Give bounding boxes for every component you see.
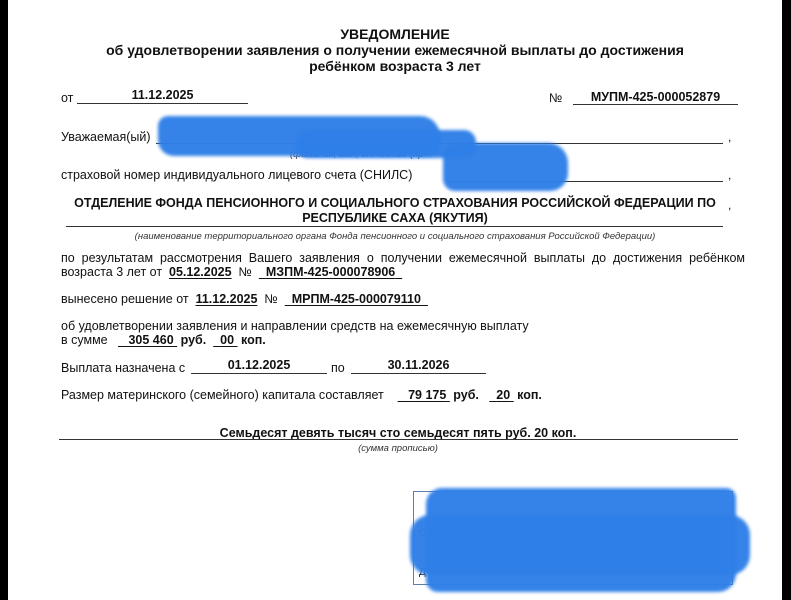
sum-in-words-caption: (сумма прописью): [58, 443, 738, 454]
notice-number: МУПМ-425-000052879: [573, 90, 738, 104]
organization-caption: (наименование территориального органа Фо…: [8, 231, 782, 242]
capital-kop: 20: [489, 388, 513, 402]
sum-rub-label: руб.: [181, 333, 207, 347]
application-number-label: №: [239, 265, 252, 279]
notice-document: УВЕДОМЛЕНИЕ об удовлетворении заявления …: [8, 0, 782, 600]
capital-line: Размер материнского (семейного) капитала…: [61, 388, 542, 402]
application-date: 05.12.2025: [169, 265, 232, 279]
sum-in-words: Семьдесят девять тысяч сто семьдесят пят…: [58, 426, 738, 440]
capital-rub: 79 175: [398, 388, 450, 402]
number-label: №: [549, 91, 562, 105]
snils-label: страховой номер индивидуального лицевого…: [61, 168, 412, 182]
date-label: от: [61, 91, 73, 105]
redaction-snils: [443, 143, 568, 191]
review-text-line2: возраста 3 лет от 05.12.2025 № МЗПМ-425-…: [61, 265, 402, 279]
sum-line: в сумме 305 460 руб. 00 коп.: [61, 333, 266, 347]
sum-rub: 305 460: [118, 333, 177, 347]
snils-comma: ,: [728, 168, 731, 182]
organization-name-line2: РЕСПУБЛИКЕ САХА (ЯКУТИЯ): [8, 211, 782, 225]
notice-date: 11.12.2025: [77, 88, 248, 102]
sum-in-words-underline: [59, 439, 738, 440]
decision-line: вынесено решение от 11.12.2025 № МРПМ-42…: [61, 292, 428, 306]
salutation-label: Уважаемая(ый): [61, 130, 151, 144]
capital-label: Размер материнского (семейного) капитала…: [61, 388, 384, 402]
application-number: МЗПМ-425-000078906: [259, 265, 402, 279]
organization-comma: ,: [728, 198, 731, 212]
date-underline: [77, 103, 248, 104]
notice-title: УВЕДОМЛЕНИЕ: [8, 26, 782, 42]
number-underline: [573, 104, 738, 105]
organization-name-line1: ОТДЕЛЕНИЕ ФОНДА ПЕНСИОННОГО И СОЦИАЛЬНОГ…: [8, 196, 782, 210]
payment-from-underline: [191, 373, 327, 374]
name-comma: ,: [728, 130, 731, 144]
capital-kop-label: коп.: [517, 388, 542, 402]
decision-label: вынесено решение от: [61, 292, 189, 306]
capital-rub-label: руб.: [453, 388, 479, 402]
sum-kop-label: коп.: [241, 333, 266, 347]
decision-number: МРПМ-425-000079110: [285, 292, 428, 306]
sum-label: в сумме: [61, 333, 108, 347]
payment-to-underline: [351, 373, 486, 374]
payment-to-label: по: [331, 361, 345, 375]
payment-from-label: Выплата назначена с: [61, 361, 185, 375]
review-text-prefix: возраста 3 лет от: [61, 265, 162, 279]
review-text-line1: по результатам рассмотрения Вашего заявл…: [61, 251, 745, 265]
notice-subtitle-line1: об удовлетворении заявления о получении …: [8, 42, 782, 58]
payment-to-date: 30.11.2026: [351, 358, 486, 372]
payment-from-date: 01.12.2025: [191, 358, 327, 372]
approval-text: об удовлетворении заявления и направлени…: [61, 319, 529, 333]
decision-number-label: №: [264, 292, 277, 306]
redaction-signature-wide: [410, 515, 750, 575]
decision-date: 11.12.2025: [196, 292, 258, 306]
notice-subtitle-line2: ребёнком возраста 3 лет: [8, 58, 782, 74]
organization-underline: [66, 226, 723, 227]
sum-kop: 00: [213, 333, 237, 347]
